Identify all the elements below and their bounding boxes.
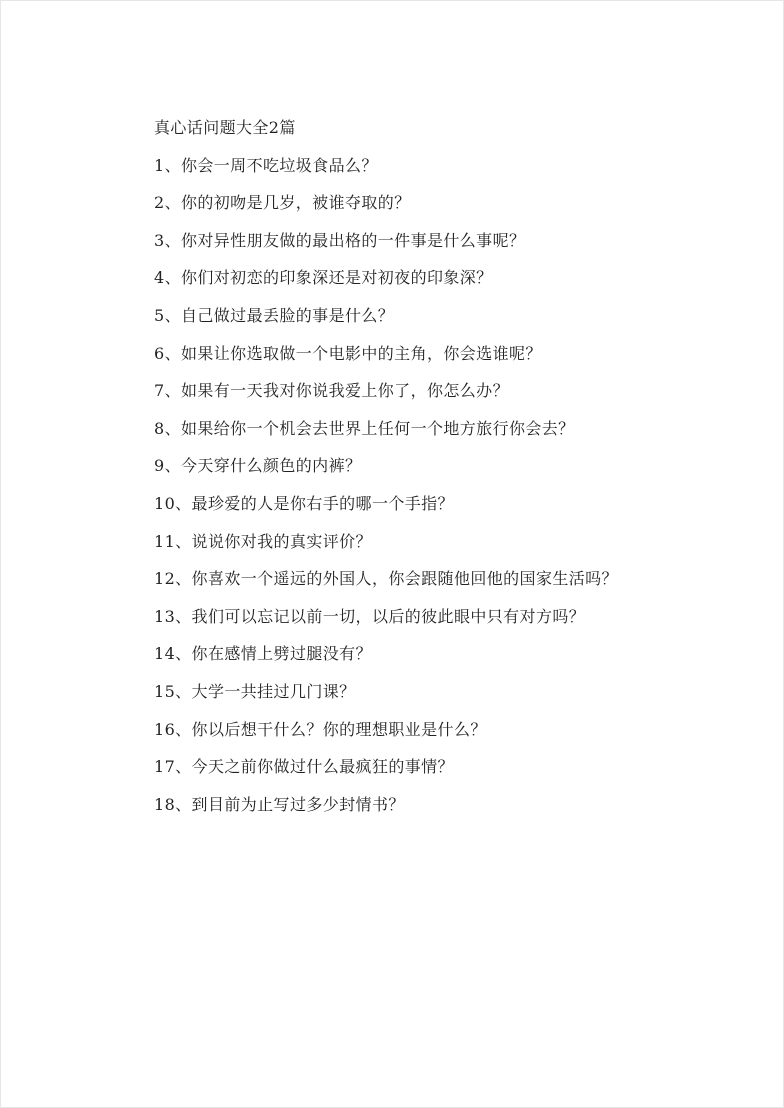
- question-item: 18、到目前为止写过多少封情书？: [154, 791, 618, 829]
- question-item: 10、最珍爱的人是你右手的哪一个手指？: [154, 490, 618, 528]
- question-item: 14、你在感情上劈过腿没有？: [154, 640, 618, 678]
- question-item: 11、说说你对我的真实评价？: [154, 528, 618, 566]
- question-item: 6、如果让你选取做一个电影中的主角，你会选谁呢？: [154, 340, 618, 378]
- question-item: 3、你对异性朋友做的最出格的一件事是什么事呢？: [154, 227, 618, 265]
- question-item: 16、你以后想干什么？你的理想职业是什么？: [154, 716, 618, 754]
- question-item: 4、你们对初恋的印象深还是对初夜的印象深？: [154, 264, 618, 302]
- question-item: 1、你会一周不吃垃圾食品么？: [154, 152, 618, 190]
- question-item: 8、如果给你一个机会去世界上任何一个地方旅行你会去？: [154, 415, 618, 453]
- question-item: 2、你的初吻是几岁，被谁夺取的？: [154, 189, 618, 227]
- question-item: 9、今天穿什么颜色的内裤？: [154, 452, 618, 490]
- document-page: 真心话问题大全2篇 1、你会一周不吃垃圾食品么？ 2、你的初吻是几岁，被谁夺取的…: [0, 0, 784, 1108]
- question-item: 15、大学一共挂过几门课？: [154, 678, 618, 716]
- document-title: 真心话问题大全2篇: [154, 114, 618, 152]
- question-item: 17、今天之前你做过什么最疯狂的事情？: [154, 753, 618, 791]
- question-item: 12、你喜欢一个遥远的外国人，你会跟随他回他的国家生活吗？: [154, 565, 618, 603]
- question-item: 13、我们可以忘记以前一切，以后的彼此眼中只有对方吗？: [154, 603, 618, 641]
- document-body: 真心话问题大全2篇 1、你会一周不吃垃圾食品么？ 2、你的初吻是几岁，被谁夺取的…: [154, 114, 618, 828]
- question-item: 7、如果有一天我对你说我爱上你了，你怎么办？: [154, 377, 618, 415]
- question-item: 5、自己做过最丢脸的事是什么？: [154, 302, 618, 340]
